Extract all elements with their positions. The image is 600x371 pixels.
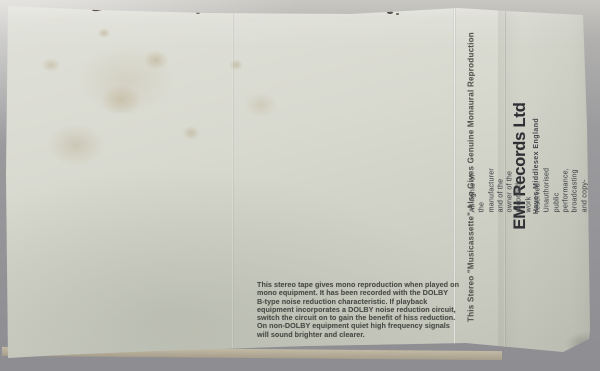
dolby-notice-text: This stereo tape gives mono reproduction… xyxy=(257,281,467,339)
corner-wear xyxy=(554,329,594,357)
paper-speck xyxy=(387,11,393,14)
fold-line-front xyxy=(232,5,234,358)
photo-background: This stereo tape gives mono reproduction… xyxy=(0,0,600,371)
cassette-inlay-card: This stereo tape gives mono reproduction… xyxy=(6,5,591,358)
paper-speck xyxy=(396,13,399,15)
paper-stains xyxy=(6,5,326,195)
rights-notice: All rights of the manufacturer and of th… xyxy=(469,168,600,213)
paper-speck xyxy=(196,11,200,14)
